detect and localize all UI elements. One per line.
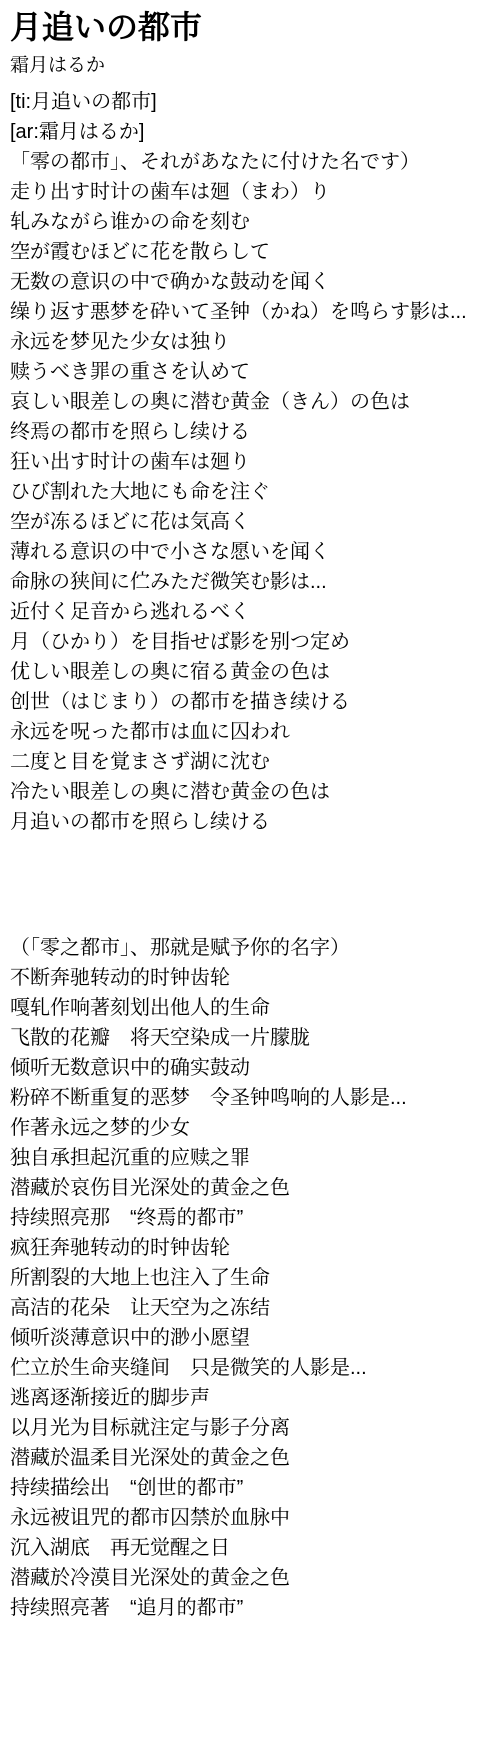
page-title: 月追いの都市 <box>10 8 490 46</box>
lyric-line-chinese: 粉碎不断重复的恶梦 令圣钟鸣响的人影是... <box>10 1083 490 1113</box>
lrc-meta-line: [ti:月追いの都市] <box>10 87 490 117</box>
lyric-line-chinese: 作著永远之梦的少女 <box>10 1113 490 1143</box>
lyric-line-japanese: 永远を呪った都市は血に囚われ <box>10 717 490 747</box>
lyric-line-japanese: 空が冻るほどに花は気高く <box>10 507 490 537</box>
artist-name: 霜月はるか <box>10 55 490 78</box>
lyrics-chinese-translation-block: （「零之都市」、那就是赋予你的名字）不断奔驰转动的时钟齿轮嘎轧作响著刻划出他人的… <box>10 933 490 1623</box>
lyric-line-japanese: 优しい眼差しの奥に宿る黄金の色は <box>10 657 490 687</box>
lyric-line-chinese: 永远被诅咒的都市囚禁於血脉中 <box>10 1503 490 1533</box>
lyric-line-chinese: 高洁的花朵 让天空为之冻结 <box>10 1293 490 1323</box>
lyrics-page: 月追いの都市 霜月はるか [ti:月追いの都市][ar:霜月はるか] 「零の都市… <box>0 0 500 1743</box>
lyric-line-chinese: 沉入湖底 再无觉醒之日 <box>10 1533 490 1563</box>
lyric-line-chinese: 所割裂的大地上也注入了生命 <box>10 1263 490 1293</box>
lyric-line-japanese: 永远を梦见た少女は独り <box>10 327 490 357</box>
lyric-line-chinese: （「零之都市」、那就是赋予你的名字） <box>10 933 490 963</box>
lyric-line-japanese: ひび割れた大地にも命を注ぐ <box>10 477 490 507</box>
lyric-line-japanese: 命脉の狭间に伫みただ微笑む影は... <box>10 567 490 597</box>
lyric-line-chinese: 持续照亮著 “追月的都市” <box>10 1593 490 1623</box>
lyric-line-japanese: 赎うべき罪の重さを认めて <box>10 357 490 387</box>
lyric-line-japanese: 缲り返す悪梦を砕いて圣钟（かね）を鸣らす影は... <box>10 297 490 327</box>
lyric-line-japanese: 轧みながら谁かの命を刻む <box>10 207 490 237</box>
lyric-line-japanese: 二度と目を覚まさず湖に沈む <box>10 747 490 777</box>
lyric-line-chinese: 潜藏於温柔目光深处的黄金之色 <box>10 1443 490 1473</box>
lyric-line-japanese: 月（ひかり）を目指せば影を别つ定め <box>10 627 490 657</box>
lyric-line-japanese: 创世（はじまり）の都市を描き续ける <box>10 687 490 717</box>
lyric-line-chinese: 嘎轧作响著刻划出他人的生命 <box>10 993 490 1023</box>
lyric-line-japanese: 终焉の都市を照らし续ける <box>10 417 490 447</box>
lyric-line-chinese: 疯狂奔驰转动的时钟齿轮 <box>10 1233 490 1263</box>
bottom-whitespace <box>10 1623 490 1743</box>
lyric-line-japanese: 「零の都市」、それがあなたに付けた名です） <box>10 147 490 177</box>
lyric-line-japanese: 冷たい眼差しの奥に潜む黄金の色は <box>10 777 490 807</box>
lyric-line-chinese: 持续描绘出 “创世的都市” <box>10 1473 490 1503</box>
lyric-line-chinese: 持续照亮那 “终焉的都市” <box>10 1203 490 1233</box>
lyric-line-chinese: 逃离逐渐接近的脚步声 <box>10 1383 490 1413</box>
lyric-line-japanese: 走り出す时计の歯车は廻（まわ）り <box>10 177 490 207</box>
lyric-line-chinese: 倾听无数意识中的确实鼓动 <box>10 1053 490 1083</box>
lyric-line-chinese: 潜藏於哀伤目光深处的黄金之色 <box>10 1173 490 1203</box>
lyric-line-japanese: 哀しい眼差しの奥に潜む黄金（きん）の色は <box>10 387 490 417</box>
lyric-line-japanese: 薄れる意识の中で小さな愿いを闻く <box>10 537 490 567</box>
lyric-line-japanese: 无数の意识の中で确かな鼓动を闻く <box>10 267 490 297</box>
section-divider-space <box>10 837 490 933</box>
lyric-line-japanese: 月追いの都市を照らし续ける <box>10 807 490 837</box>
lrc-meta-block: [ti:月追いの都市][ar:霜月はるか] <box>10 87 490 147</box>
lyric-line-chinese: 不断奔驰转动的时钟齿轮 <box>10 963 490 993</box>
lyrics-japanese-block: 「零の都市」、それがあなたに付けた名です）走り出す时计の歯车は廻（まわ）り轧みな… <box>10 147 490 837</box>
lrc-meta-line: [ar:霜月はるか] <box>10 117 490 147</box>
lyric-line-japanese: 狂い出す时计の歯车は廻り <box>10 447 490 477</box>
lyric-line-chinese: 潜藏於冷漠目光深处的黄金之色 <box>10 1563 490 1593</box>
lyric-line-chinese: 伫立於生命夹缝间 只是微笑的人影是... <box>10 1353 490 1383</box>
lyric-line-chinese: 以月光为目标就注定与影子分离 <box>10 1413 490 1443</box>
lyric-line-japanese: 空が霞むほどに花を散らして <box>10 237 490 267</box>
lyric-line-chinese: 飞散的花瓣 将天空染成一片朦胧 <box>10 1023 490 1053</box>
lyric-line-chinese: 独自承担起沉重的应赎之罪 <box>10 1143 490 1173</box>
lyric-line-japanese: 近付く足音から逃れるべく <box>10 597 490 627</box>
lyric-line-chinese: 倾听淡薄意识中的渺小愿望 <box>10 1323 490 1353</box>
